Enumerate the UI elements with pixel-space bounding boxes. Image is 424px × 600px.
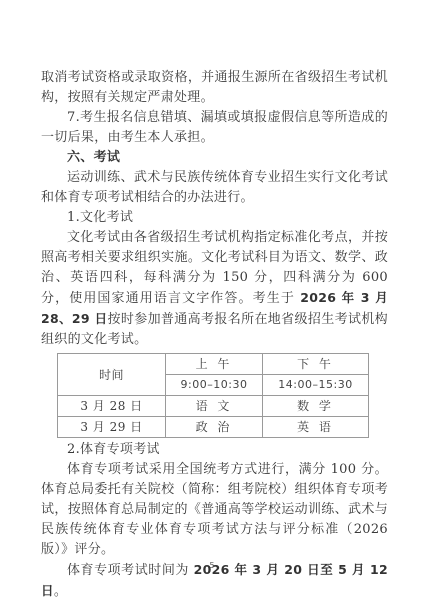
table-row-header-top: 时间 上 午 下 午 xyxy=(58,354,369,375)
table-cell-subject-math: 数 学 xyxy=(263,396,369,417)
document-content: 取消考试资格或录取资格，并通报生源所在省级招生考试机构，按照有关规定严肃处理。 … xyxy=(41,68,388,600)
table-cell-subject-chinese: 语 文 xyxy=(166,396,263,417)
page-number: 5 xyxy=(0,561,424,570)
table-cell-afternoon-time: 14:00–15:30 xyxy=(263,375,369,396)
sport-exam-time-period: 。 xyxy=(54,584,67,599)
table-row-march-29: 3 月 29 日 政 治 英 语 xyxy=(58,417,369,438)
table-cell-subject-politics: 政 治 xyxy=(166,417,263,438)
document-page: 取消考试资格或录取资格，并通报生源所在省级招生考试机构，按照有关规定严肃处理。 … xyxy=(0,0,424,600)
paragraph-info-errors: 7.考生报名信息错填、漏填或填报虚假信息等所造成的一切后果，由考生本人承担。 xyxy=(41,108,388,148)
table-cell-morning-label: 上 午 xyxy=(166,354,263,375)
heading-cultural-exam: 1.文化考试 xyxy=(41,208,388,228)
table-cell-date-29: 3 月 29 日 xyxy=(58,417,166,438)
table-cell-time-label: 时间 xyxy=(58,354,166,396)
paragraph-cultural-exam: 文化考试由各省级招生考试机构指定标准化考点，并按照高考相关要求组织实施。文化考试… xyxy=(41,228,388,350)
table-cell-subject-english: 英 语 xyxy=(263,417,369,438)
exam-schedule-table: 时间 上 午 下 午 9:00–10:30 14:00–15:30 3 月 28… xyxy=(57,353,369,438)
heading-section-six: 六、考试 xyxy=(41,148,388,168)
table-cell-afternoon-label: 下 午 xyxy=(263,354,369,375)
heading-sport-exam: 2.体育专项考试 xyxy=(41,440,388,460)
paragraph-penalty: 取消考试资格或录取资格，并通报生源所在省级招生考试机构，按照有关规定严肃处理。 xyxy=(41,68,388,108)
paragraph-exam-method: 运动训练、武术与民族传统体育专业招生实行文化考试和体育专项考试相结合的办法进行。 xyxy=(41,168,388,208)
table-cell-date-28: 3 月 28 日 xyxy=(58,396,166,417)
table-row-march-28: 3 月 28 日 语 文 数 学 xyxy=(58,396,369,417)
table-cell-morning-time: 9:00–10:30 xyxy=(166,375,263,396)
paragraph-sport-exam: 体育专项考试采用全国统考方式进行，满分 100 分。体育总局委托有关院校（简称：… xyxy=(41,460,388,560)
